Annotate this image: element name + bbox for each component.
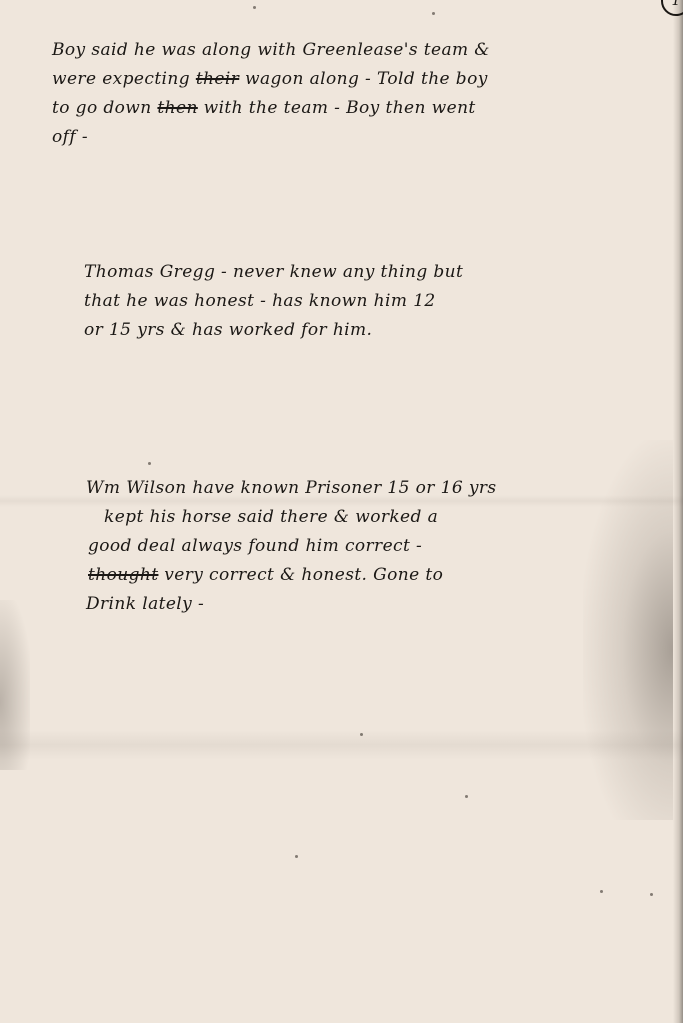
scan-artifact-band bbox=[0, 730, 683, 760]
text-segment: kept his horse said there & worked a bbox=[104, 507, 438, 527]
scan-shadow-left bbox=[0, 600, 30, 770]
page-edge-right bbox=[673, 0, 683, 1023]
text-line: good deal always found him correct - bbox=[86, 532, 497, 561]
text-segment: wagon along - Told the boy bbox=[239, 69, 488, 89]
text-segment: good deal always found him correct - bbox=[88, 536, 422, 556]
text-line: Wm Wilson have known Prisoner 15 or 16 y… bbox=[86, 474, 497, 503]
scan-speck bbox=[295, 855, 298, 858]
text-line: thought very correct & honest. Gone to bbox=[86, 561, 497, 590]
text-line: were expecting their wagon along - Told … bbox=[52, 65, 490, 94]
text-segment: Wm Wilson have known Prisoner 15 or 16 y… bbox=[86, 478, 497, 498]
text-line: or 15 yrs & has worked for him. bbox=[84, 316, 463, 345]
text-segment: that he was honest - has known him 12 bbox=[84, 291, 436, 311]
struck-word: their bbox=[196, 69, 239, 89]
text-segment: with the team - Boy then went bbox=[198, 98, 476, 118]
scan-speck bbox=[148, 462, 151, 465]
text-segment: Drink lately - bbox=[86, 594, 204, 614]
witness-statement-wm-wilson: Wm Wilson have known Prisoner 15 or 16 y… bbox=[86, 474, 497, 619]
text-line: off - bbox=[52, 123, 490, 152]
scan-speck bbox=[432, 12, 435, 15]
scan-speck bbox=[650, 893, 653, 896]
struck-word: then bbox=[157, 98, 197, 118]
scan-speck bbox=[253, 6, 256, 9]
text-line: kept his horse said there & worked a bbox=[86, 503, 497, 532]
struck-word: thought bbox=[88, 565, 158, 585]
scan-speck bbox=[465, 795, 468, 798]
text-segment: off - bbox=[52, 127, 88, 147]
witness-statement-boy: Boy said he was along with Greenlease's … bbox=[52, 36, 490, 152]
text-segment: were expecting bbox=[52, 69, 196, 89]
text-segment: very correct & honest. Gone to bbox=[158, 565, 443, 585]
text-segment: Thomas Gregg - never knew any thing but bbox=[84, 262, 463, 282]
text-line: that he was honest - has known him 12 bbox=[84, 287, 463, 316]
scan-shadow-right bbox=[583, 440, 673, 820]
text-line: Thomas Gregg - never knew any thing but bbox=[84, 258, 463, 287]
text-segment: Boy said he was along with Greenlease's … bbox=[52, 40, 490, 60]
scan-speck bbox=[360, 733, 363, 736]
witness-statement-thomas-gregg: Thomas Gregg - never knew any thing but … bbox=[84, 258, 463, 345]
text-line: Drink lately - bbox=[86, 590, 497, 619]
manuscript-page: 1 Boy said he was along with Greenlease'… bbox=[0, 0, 683, 1023]
page-number: 1 bbox=[661, 0, 683, 16]
scan-speck bbox=[600, 890, 603, 893]
text-line: Boy said he was along with Greenlease's … bbox=[52, 36, 490, 65]
text-line: to go down then with the team - Boy then… bbox=[52, 94, 490, 123]
text-segment: to go down bbox=[52, 98, 157, 118]
text-segment: or 15 yrs & has worked for him. bbox=[84, 320, 372, 340]
